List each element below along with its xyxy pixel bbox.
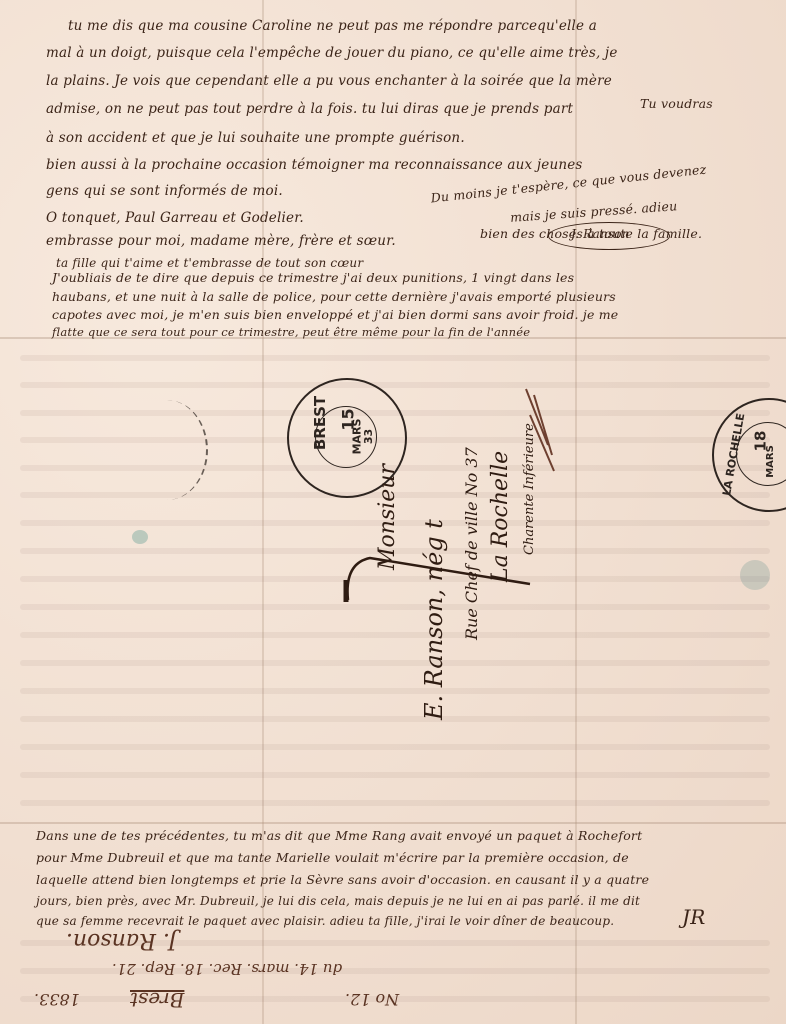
postscript-line: capotes avec moi, je m'en suis bien enve… [52,307,618,322]
letter-line: la plains. Je vois que cependant elle a … [46,73,612,89]
docket-year: 1833. [34,990,80,1009]
seal-residue [740,560,770,590]
letter-line: jours, bien près, avec Mr. Dubreuil, je … [36,894,640,908]
docket-place: Brest [130,988,184,1012]
letter-line: bien aussi à la prochaine occasion témoi… [46,157,583,173]
letter-line: Dans une de tes précédentes, tu m'as dit… [36,828,642,843]
seal-residue [132,530,148,544]
initials-monogram: JR [682,905,705,929]
postscript-line: haubans, et une nuit à la salle de polic… [52,289,616,304]
postscript-line: J'oubliais de te dire que depuis ce trim… [52,270,574,285]
letter-line: mal à un doigt, puisque cela l'empêche d… [46,45,618,61]
letter-line: que sa femme recevrait le paquet avec pl… [36,914,614,928]
letter-line: O tonquet, Paul Garreau et Godelier. [46,210,304,226]
letter-line: ta fille qui t'aime et t'embrasse de tou… [56,256,363,270]
letter-line: à son accident et que je lui souhaite un… [46,130,465,146]
partial-postmark-left [126,400,208,500]
signature-text: J. Ranson [571,227,630,241]
letter-line: embrasse pour moi, madame mère, frère et… [46,233,396,249]
letter-line: gens qui se sont informés de moi. [46,183,283,199]
docket-received-line: du 14. mars. Rec. 18. Rep. 21. [112,960,342,978]
letter-line: admise, on ne peut pas tout perdre à la … [46,101,573,117]
margin-note: Tu voudras [640,96,713,111]
letter-line: tu me dis que ma cousine Caroline ne peu… [68,18,597,34]
fold-line-vertical-right [575,0,577,1024]
fold-line-vertical-left [262,0,264,1024]
address-flourish [340,540,540,620]
docket-signature: J. Ranson. [66,928,177,953]
docket-number: No 12. [345,990,399,1009]
letter-line: laquelle attend bien longtemps et prie l… [36,872,649,887]
boxed-signature: J. Ranson [548,222,670,250]
postscript-line: flatte que ce sera tout pour ce trimestr… [52,325,530,339]
letter-line: pour Mme Dubreuil et que ma tante Mariel… [36,850,629,865]
fold-line-horizontal-bottom [0,822,786,824]
ink-scribble [520,385,560,475]
